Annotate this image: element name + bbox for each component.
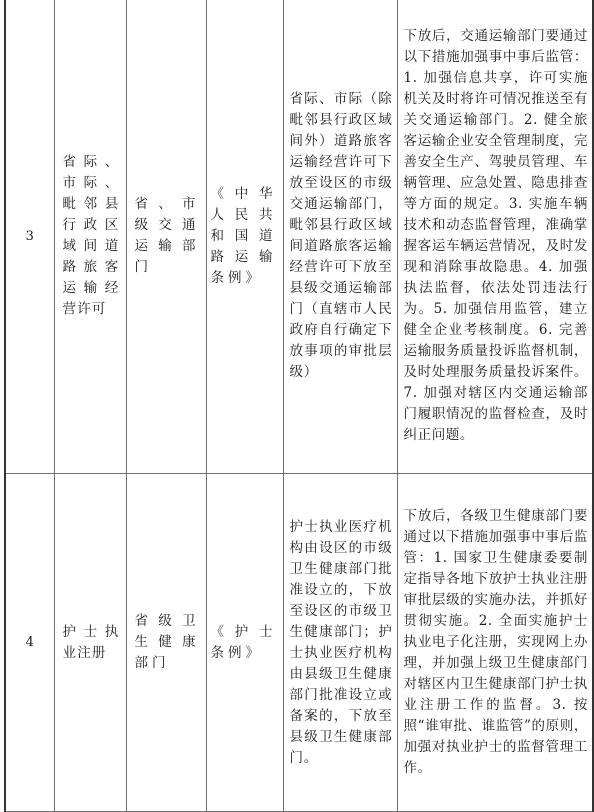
row-index-cell: 3 [5,0,54,474]
row-index: 3 [6,226,54,247]
decentralization-text: 护士执业医疗机构由设区的市级卫生健康部门批准设立的，下放至设区的市级卫生健康部门… [284,517,397,769]
supervision-measures: 下放后，各级卫生健康部门要通过以下措施加强事中事后监管：1. 国家卫生健康委要制… [398,506,593,779]
supervision-measures-cell: 下放后，交通运输部门要通过以下措施加强事中事后监管：1. 加强信息共享，许可实施… [397,0,593,474]
item-name-cell: 护士执业注册 [54,474,126,812]
legal-basis-cell: 《护士条例》 [206,474,283,812]
legal-basis: 《中华人民共和国道路运输条例》 [207,184,283,289]
decentralization-text: 省际、市际（除毗邻县行政区域间外）道路旅客运输经营许可下放至设区的市级交通运输部… [284,89,397,383]
supervision-measures: 下放后，交通运输部门要通过以下措施加强事中事后监管：1. 加强信息共享，许可实施… [398,26,593,446]
legal-basis-cell: 《中华人民共和国道路运输条例》 [206,0,283,474]
item-name: 省际、市际、毗邻县行政区域间道路旅客运输经营许可 [55,152,126,320]
row-index-cell: 4 [5,474,54,812]
row-index: 4 [6,632,54,653]
decentralization-table: 3 省际、市际、毗邻县行政区域间道路旅客运输经营许可 省、市级交通运输部门 《中… [4,0,594,812]
table-row: 4 护士执业注册 省级卫生健康部门 《护士条例》 护士执业医疗机构由设区的市级卫… [5,474,593,812]
decentralization-cell: 护士执业医疗机构由设区的市级卫生健康部门批准设立的，下放至设区的市级卫生健康部门… [283,474,397,812]
approving-authority: 省、市级交通运输部门 [127,194,206,278]
decentralization-cell: 省际、市际（除毗邻县行政区域间外）道路旅客运输经营许可下放至设区的市级交通运输部… [283,0,397,474]
table-row: 3 省际、市际、毗邻县行政区域间道路旅客运输经营许可 省、市级交通运输部门 《中… [5,0,593,474]
authority-cell: 省、市级交通运输部门 [126,0,206,474]
authority-cell: 省级卫生健康部门 [126,474,206,812]
legal-basis: 《护士条例》 [207,622,283,664]
item-name-cell: 省际、市际、毗邻县行政区域间道路旅客运输经营许可 [54,0,126,474]
approving-authority: 省级卫生健康部门 [127,611,206,674]
item-name: 护士执业注册 [55,622,126,664]
supervision-measures-cell: 下放后，各级卫生健康部门要通过以下措施加强事中事后监管：1. 国家卫生健康委要制… [397,474,593,812]
